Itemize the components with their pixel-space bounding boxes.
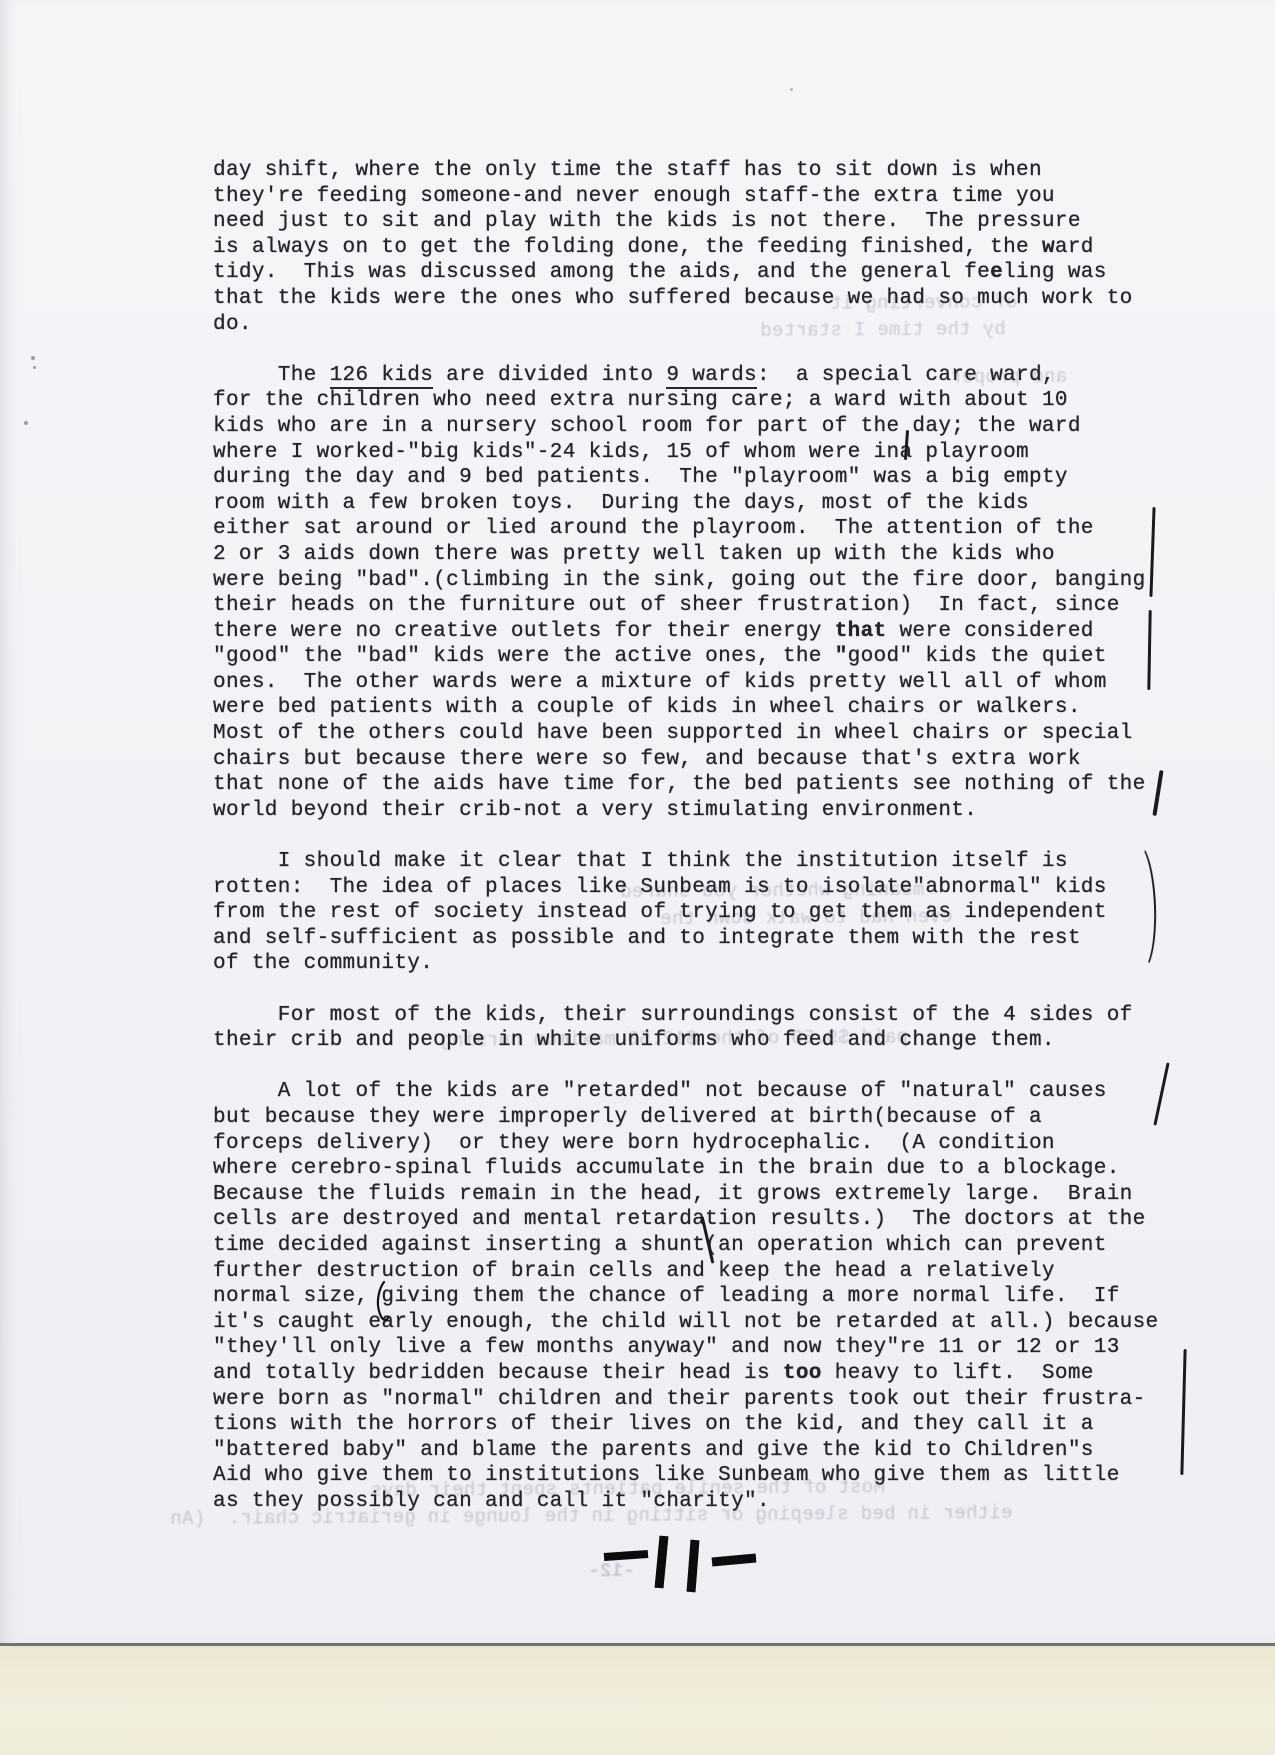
pen-correction-squiggle	[372, 1280, 390, 1326]
typed-line: The 126 kids are divided into 9 wards: a…	[213, 363, 1159, 389]
typed-line: they're feeding someone-and never enough…	[213, 184, 1159, 210]
typed-line: normal size, giving them the chance of l…	[213, 1284, 1159, 1310]
typed-line: but because they were improperly deliver…	[213, 1105, 1159, 1131]
typed-line: is always on to get the folding done, th…	[213, 235, 1159, 261]
page-number-mark	[598, 1530, 760, 1600]
typed-line: for the children who need extra nursing …	[213, 388, 1159, 414]
typed-line: kids who are in a nursery school room fo…	[213, 414, 1159, 440]
typed-line: time decided against inserting a shunt(a…	[213, 1233, 1159, 1259]
typed-line: day shift, where the only time the staff…	[213, 158, 1159, 184]
typed-line: as they possibly can and call it "charit…	[213, 1489, 1159, 1515]
typed-line: Most of the others could have been suppo…	[213, 721, 1159, 747]
typed-line: Because the fluids remain in the head, i…	[213, 1182, 1159, 1208]
typed-line: further destruction of brain cells and k…	[213, 1259, 1159, 1285]
typed-line: 2 or 3 aids down there was pretty well t…	[213, 542, 1159, 568]
ink-speck	[790, 88, 793, 91]
typed-line: "good" the "bad" kids were the active on…	[213, 644, 1159, 670]
typed-line: cells are destroyed and mental retardati…	[213, 1207, 1159, 1233]
typed-line: "battered baby" and blame the parents an…	[213, 1438, 1159, 1464]
typed-text: day shift, where the only time the staff…	[213, 158, 1159, 1514]
typed-line: their heads on the furniture out of shee…	[213, 593, 1159, 619]
paragraph: For most of the kids, their surroundings…	[213, 1003, 1159, 1054]
typed-line: were being "bad".(climbing in the sink, …	[213, 568, 1159, 594]
paper-sheet: of converting it by the time I started a…	[0, 0, 1275, 1646]
paragraph: The 126 kids are divided into 9 wards: a…	[213, 363, 1159, 824]
typed-line: room with a few broken toys. During the …	[213, 491, 1159, 517]
typed-line: that the kids were the ones who suffered…	[213, 286, 1159, 312]
margin-emphasis-line	[1180, 1349, 1186, 1475]
typed-line: "they'll only live a few months anyway" …	[213, 1335, 1159, 1361]
typed-line: were bed patients with a couple of kids …	[213, 695, 1159, 721]
typed-line: do.	[213, 312, 1159, 338]
typed-line: and self-sufficient as possible and to i…	[213, 926, 1159, 952]
ink-speck	[31, 356, 35, 360]
typed-line: where I worked-"big kids"-24 kids, 15 of…	[213, 440, 1159, 466]
typed-line: world beyond their crib-not a very stimu…	[213, 798, 1159, 824]
typed-line: where cerebro-spinal fluids accumulate i…	[213, 1156, 1159, 1182]
ink-speck	[24, 421, 28, 425]
typed-line: there were no creative outlets for their…	[213, 619, 1159, 645]
typed-line: from the rest of society instead of tryi…	[213, 900, 1159, 926]
typed-line: tidy. This was discussed among the aids,…	[213, 260, 1159, 286]
typed-line: their crib and people in white uniforms …	[213, 1028, 1159, 1054]
typed-line: it's caught early enough, the child will…	[213, 1310, 1159, 1336]
typed-line: rotten: The idea of places like Sunbeam …	[213, 875, 1159, 901]
paragraph: I should make it clear that I think the …	[213, 849, 1159, 977]
typed-line: were born as "normal" children and their…	[213, 1387, 1159, 1413]
scan-background-strip	[0, 1646, 1275, 1755]
typed-line: need just to sit and play with the kids …	[213, 209, 1159, 235]
typed-line: A lot of the kids are "retarded" not bec…	[213, 1079, 1159, 1105]
typed-line: during the day and 9 bed patients. The "…	[213, 465, 1159, 491]
ink-speck	[33, 366, 36, 369]
typed-line: either sat around or lied around the pla…	[213, 516, 1159, 542]
typed-line: Aid who give them to institutions like S…	[213, 1463, 1159, 1489]
typed-line: For most of the kids, their surroundings…	[213, 1003, 1159, 1029]
paragraph: day shift, where the only time the staff…	[213, 158, 1159, 337]
typed-line: and totally bedridden because their head…	[213, 1361, 1159, 1387]
paragraph: A lot of the kids are "retarded" not bec…	[213, 1079, 1159, 1514]
typed-line: tions with the horrors of their lives on…	[213, 1412, 1159, 1438]
typed-line: that none of the aids have time for, the…	[213, 772, 1159, 798]
typed-line: forceps delivery) or they were born hydr…	[213, 1131, 1159, 1157]
typed-line: ones. The other wards were a mixture of …	[213, 670, 1159, 696]
typed-line: of the community.	[213, 951, 1159, 977]
typed-line: I should make it clear that I think the …	[213, 849, 1159, 875]
typed-line: chairs but because there were so few, an…	[213, 747, 1159, 773]
